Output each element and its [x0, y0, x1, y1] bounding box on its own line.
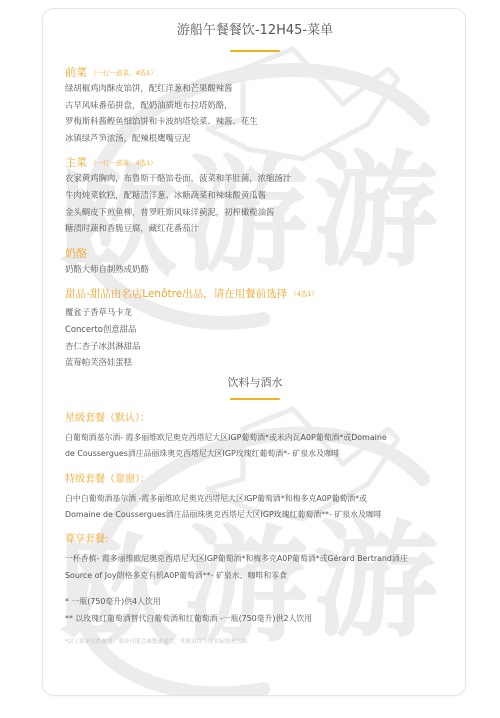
drink-package-star: 星级套餐（默认）： 白葡萄酒基尔酒- 霞多丽维欧尼奥克西塔尼大区IGP葡萄酒*或…: [65, 412, 445, 463]
package-heading: 尊享套餐:: [65, 533, 445, 547]
package-line: 一杯香槟- 霞多丽维欧尼奥克西塔尼大区IGP葡萄酒*和梅多克A0P葡萄酒*或Gé…: [65, 551, 445, 567]
package-line: de Coussergues酒庄品丽珠奥克西塔尼大区IGP玫瑰红葡萄酒*- 矿泉…: [65, 446, 445, 462]
starters-label: 前菜: [65, 66, 87, 79]
mains-heading: 主菜（一行一道菜，4选1）: [65, 156, 445, 170]
footnote: * 一瓶(750毫升)供4人饮用: [65, 594, 445, 611]
package-line: Domaine de Coussergues酒庄品丽珠奥克西塔尼大区IGP玫瑰红…: [65, 507, 445, 523]
menu-item: 牛肉炖菜软糕，配糖渍洋葱、冰糖蔬菜和辣味酸黄瓜酱: [65, 187, 445, 204]
disclaimer: *以上菜单仅供参考，菜单可能会调整或更改，具体请以当日实际情况为准。: [65, 637, 445, 645]
dessert-label: 甜品-甜品由名店Lenôtre出品，请在用餐前选择: [65, 288, 287, 300]
mains-section: 主菜（一行一道菜，4选1） 农家黄鸡胸肉，布鲁斯干酪馅卷面，菠菜和羊肚菌，浓缩汤…: [65, 156, 445, 236]
menu-item: 冰镇绿芦笋浓汤，配辣根鹰嘴豆泥: [65, 130, 445, 147]
cheese-heading: 奶酪: [65, 247, 445, 261]
dessert-section: 甜品-甜品由名店Lenôtre出品，请在用餐前选择（4选1） 覆盆子香草马卡龙 …: [65, 287, 445, 370]
menu-item: Concerto创意甜品: [65, 321, 445, 338]
package-heading: 星级套餐（默认）：: [65, 412, 445, 426]
cheese-section: 奶酪 奶酪大师自制熟成奶酪: [65, 247, 445, 278]
footnote: ** 以玫瑰红葡萄酒替代白葡萄酒和红葡萄酒 -一瓶(750毫升)供2人饮用: [65, 611, 445, 628]
dessert-note: （4选1）: [290, 290, 318, 298]
footnotes: * 一瓶(750毫升)供4人饮用 ** 以玫瑰红葡萄酒替代白葡萄酒和红葡萄酒 -…: [65, 594, 445, 627]
menu-card: 欧 游 游 欧 游 游 游船午餐餐饮-12H45-菜单 前菜（一行一道菜，4选1…: [42, 8, 466, 696]
package-heading: 特级套餐（靠窗）：: [65, 473, 445, 487]
dessert-heading: 甜品-甜品由名店Lenôtre出品，请在用餐前选择（4选1）: [65, 287, 445, 301]
menu-item: 糖渍时蔬和香脆豆腐，藏红花番茄汁: [65, 220, 445, 237]
mains-label: 主菜: [65, 156, 87, 169]
package-line: Source of Joy朗格多克有机A0P葡萄酒**- 矿泉水、咖啡和零食: [65, 568, 445, 584]
menu-title: 游船午餐餐饮-12H45-菜单: [65, 22, 445, 40]
drink-package-premium: 特级套餐（靠窗）： 白中白葡萄酒基尔酒 -霞多丽维欧尼奥克西塔尼大区IGP葡萄酒…: [65, 473, 445, 524]
mains-note: （一行一道菜，4选1）: [90, 159, 157, 167]
drink-package-exclusive: 尊享套餐: 一杯香槟- 霞多丽维欧尼奥克西塔尼大区IGP葡萄酒*和梅多克A0P葡…: [65, 533, 445, 584]
drinks-title: 饮料与酒水: [65, 375, 445, 391]
starters-section: 前菜（一行一道菜，4选1） 绿胡椒鸡肉酥皮馅饼，配红洋葱和芒果酸辣酱 古早风味番…: [65, 66, 445, 146]
menu-item: 蓝莓帕芙洛娃蛋糕: [65, 354, 445, 371]
menu-item: 奶酪大师自制熟成奶酪: [65, 261, 445, 278]
package-line: 白中白葡萄酒基尔酒 -霞多丽维欧尼奥克西塔尼大区IGP葡萄酒*和梅多克A0P葡萄…: [65, 491, 445, 507]
menu-item: 杏仁杏子冰淇淋甜品: [65, 338, 445, 355]
starters-heading: 前菜（一行一道菜，4选1）: [65, 66, 445, 80]
menu-item: 绿胡椒鸡肉酥皮馅饼，配红洋葱和芒果酸辣酱: [65, 80, 445, 97]
menu-item: 古早风味番茄拼盘，配奶油质地布拉塔奶酪，: [65, 97, 445, 114]
menu-item: 金头鲷皮下煎鱼柳，普罗旺斯风味洋蓟泥，初榨橄榄油酱: [65, 204, 445, 221]
title-underline: [230, 50, 280, 52]
package-line: 白葡萄酒基尔酒- 霞多丽维欧尼奥克西塔尼大区IGP葡萄酒*或米内瓦A0P葡萄酒*…: [65, 430, 445, 446]
starters-note: （一行一道菜，4选1）: [90, 69, 157, 77]
drinks-underline: [230, 398, 280, 400]
menu-item: 罗梅斯科酱鲣鱼细馅饼和卡波纳塔烩菜、辣酱、花生: [65, 113, 445, 130]
menu-item: 覆盆子香草马卡龙: [65, 304, 445, 321]
menu-item: 农家黄鸡胸肉，布鲁斯干酪馅卷面，菠菜和羊肚菌，浓缩汤汁: [65, 170, 445, 187]
